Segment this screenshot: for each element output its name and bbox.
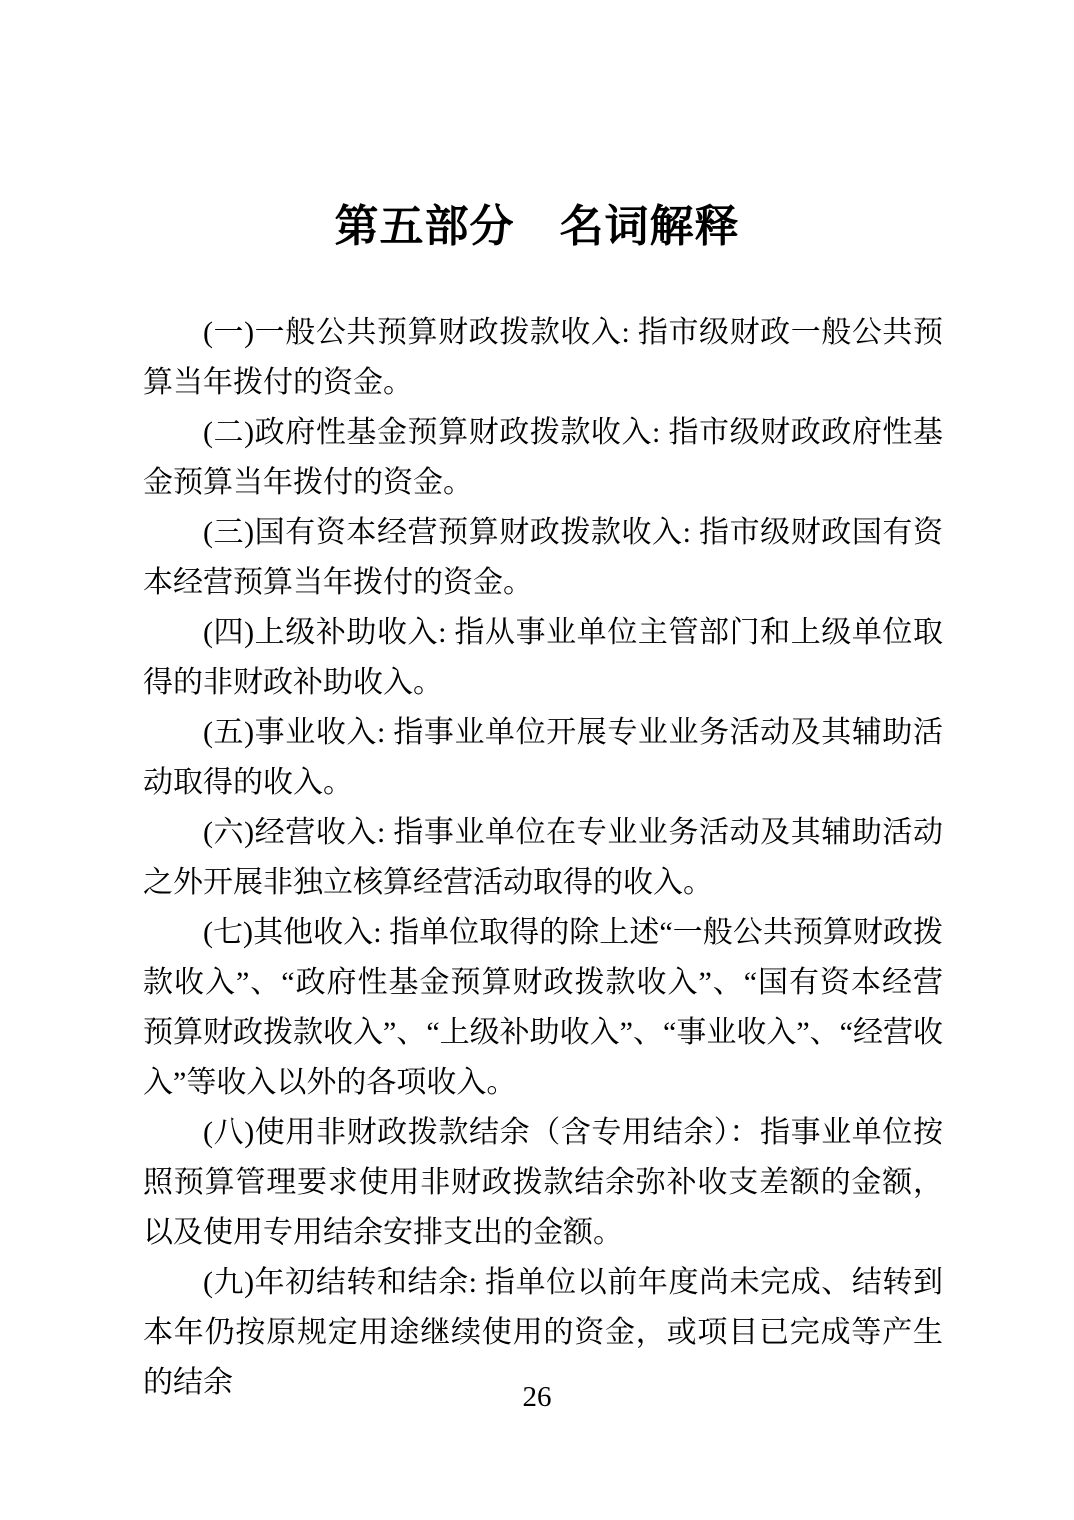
page-number: 26 — [0, 1381, 1074, 1414]
definition-paragraph-3: (三)国有资本经营预算财政拨款收入: 指市级财政国有资本经营预算当年拨付的资金。 — [143, 508, 943, 608]
definition-paragraph-6: (六)经营收入: 指事业单位在专业业务活动及其辅助活动之外开展非独立核算经营活动… — [143, 808, 943, 908]
definition-paragraph-5: (五)事业收入: 指事业单位开展专业业务活动及其辅助活动取得的收入。 — [143, 708, 943, 808]
definition-paragraph-4: (四)上级补助收入: 指从事业单位主管部门和上级单位取得的非财政补助收入。 — [143, 608, 943, 708]
definition-paragraph-2: (二)政府性基金预算财政拨款收入: 指市级财政政府性基金预算当年拨付的资金。 — [143, 408, 943, 508]
glossary-body: (一)一般公共预算财政拨款收入: 指市级财政一般公共预算当年拨付的资金。 (二)… — [143, 308, 943, 1408]
document-page: 第五部分 名词解释 (一)一般公共预算财政拨款收入: 指市级财政一般公共预算当年… — [0, 0, 1074, 1520]
definition-paragraph-1: (一)一般公共预算财政拨款收入: 指市级财政一般公共预算当年拨付的资金。 — [143, 308, 943, 408]
section-title: 第五部分 名词解释 — [0, 190, 1074, 254]
definition-paragraph-8: (八)使用非财政拨款结余（含专用结余）：指事业单位按照预算管理要求使用非财政拨款… — [143, 1108, 943, 1258]
definition-paragraph-7: (七)其他收入: 指单位取得的除上述“一般公共预算财政拨款收入”、“政府性基金预… — [143, 908, 943, 1108]
